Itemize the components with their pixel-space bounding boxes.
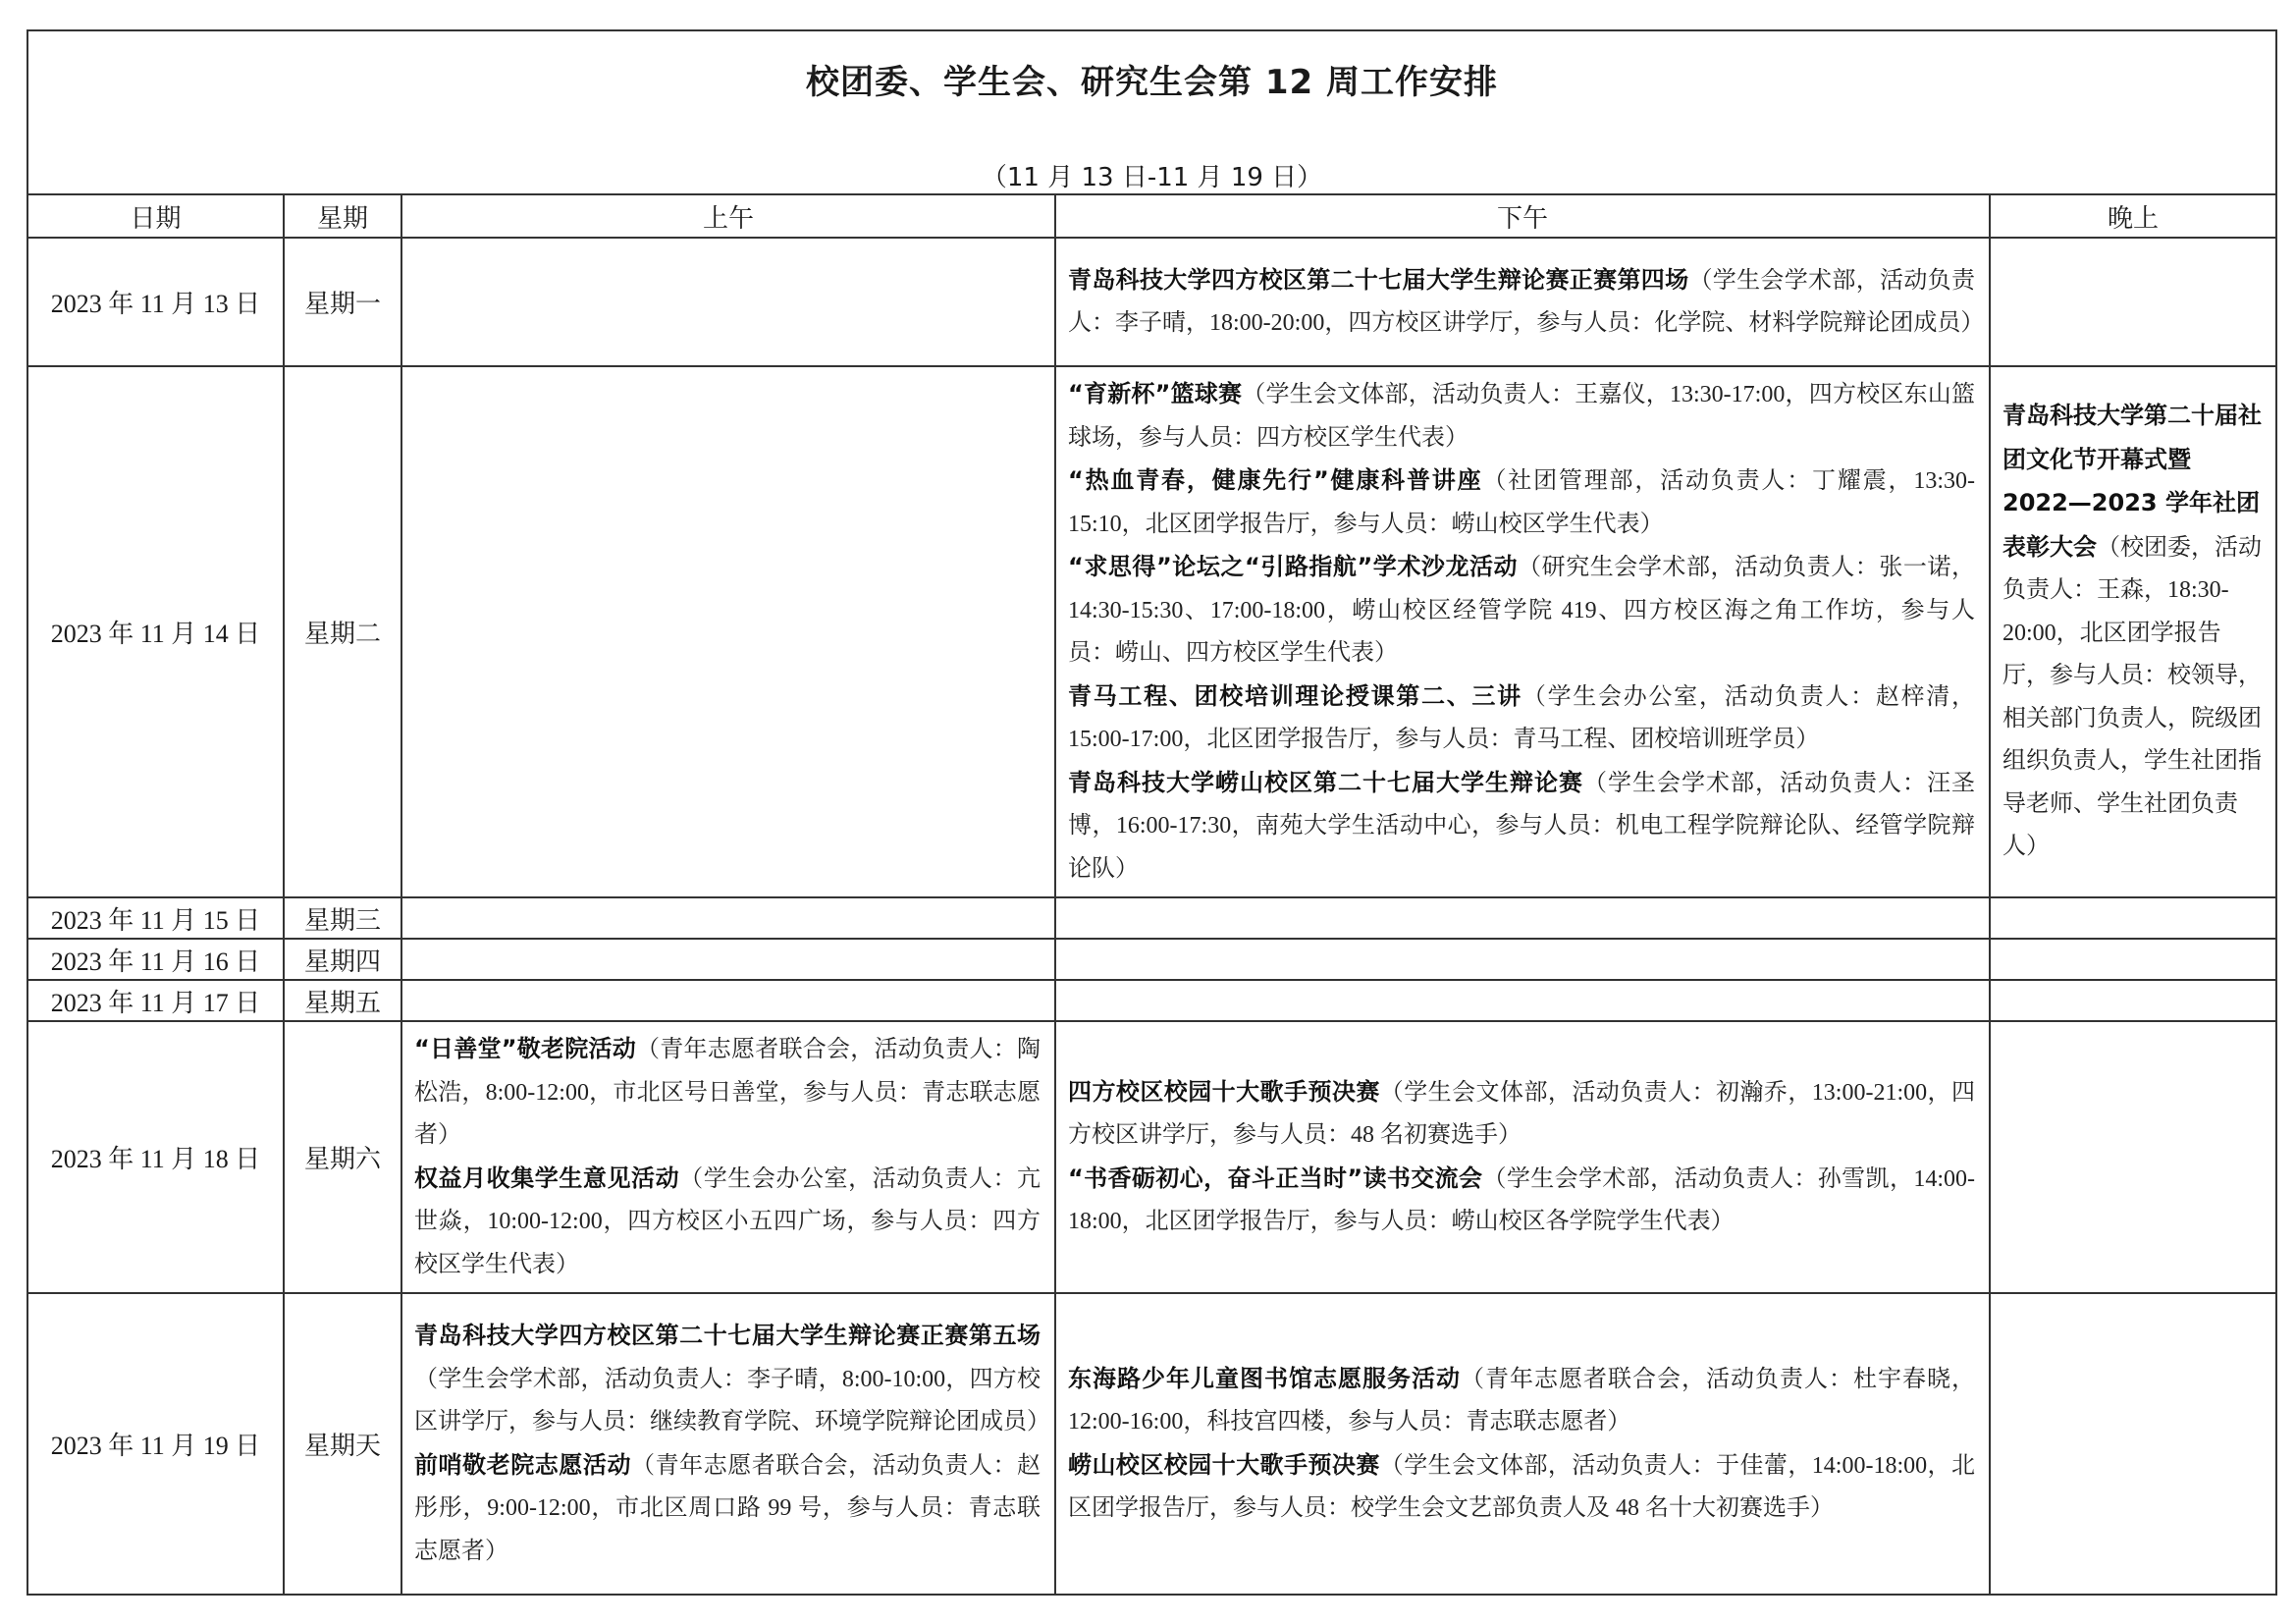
date-cell: 2023 年 11 月 14 日	[27, 366, 284, 897]
header-evening: 晚上	[1990, 194, 2276, 238]
weekday-cell: 星期一	[284, 238, 401, 366]
event-item: “求思得”论坛之“引路指航”学术沙龙活动（研究生会学术部，活动负责人：张一诺，1…	[1068, 546, 1975, 676]
weekday-cell: 星期四	[284, 939, 401, 980]
event-item: 青岛科技大学四方校区第二十七届大学生辩论赛正赛第四场（学生会学术部，活动负责人：…	[1068, 259, 1975, 346]
evening-cell	[1990, 1021, 2276, 1293]
evening-cell	[1990, 939, 2276, 980]
event-title: 四方校区校园十大歌手预决赛	[1068, 1078, 1380, 1106]
schedule-table: 校团委、学生会、研究生会第 12 周工作安排 （11 月 13 日-11 月 1…	[27, 29, 2277, 1596]
evening-cell	[1990, 238, 2276, 366]
event-title: 青马工程、团校培训理论授课第二、三讲	[1068, 682, 1522, 710]
event-detail: （校团委，活动负责人：王森，18:30-20:00，北区团学报告厅，参与人员：校…	[2002, 535, 2262, 860]
header-morning: 上午	[401, 194, 1055, 238]
afternoon-cell	[1055, 980, 1990, 1021]
table-row: 2023 年 11 月 16 日 星期四	[27, 939, 2276, 980]
date-cell: 2023 年 11 月 15 日	[27, 897, 284, 939]
table-row: 2023 年 11 月 14 日 星期二 “育新杯”篮球赛（学生会文体部，活动负…	[27, 366, 2276, 897]
page-title: 校团委、学生会、研究生会第 12 周工作安排	[28, 55, 2275, 103]
title-cell: 校团委、学生会、研究生会第 12 周工作安排	[27, 30, 2276, 157]
evening-cell	[1990, 897, 2276, 939]
subtitle-cell: （11 月 13 日-11 月 19 日）	[27, 157, 2276, 194]
event-item: 青岛科技大学第二十届社团文化节开幕式暨 2022—2023 学年社团表彰大会（校…	[2002, 395, 2264, 869]
event-title: 东海路少年儿童图书馆志愿服务活动	[1068, 1365, 1461, 1392]
morning-cell: 青岛科技大学四方校区第二十七届大学生辩论赛正赛第五场（学生会学术部，活动负责人：…	[401, 1293, 1055, 1595]
table-row: 2023 年 11 月 18 日 星期六 “日善堂”敬老院活动（青年志愿者联合会…	[27, 1021, 2276, 1293]
date-cell: 2023 年 11 月 17 日	[27, 980, 284, 1021]
date-cell: 2023 年 11 月 19 日	[27, 1293, 284, 1595]
afternoon-cell: “育新杯”篮球赛（学生会文体部，活动负责人：王嘉仪，13:30-17:00，四方…	[1055, 366, 1990, 897]
event-item: 青岛科技大学四方校区第二十七届大学生辩论赛正赛第五场（学生会学术部，活动负责人：…	[414, 1315, 1041, 1444]
event-title: 青岛科技大学四方校区第二十七届大学生辩论赛正赛第五场	[414, 1322, 1041, 1349]
morning-cell	[401, 366, 1055, 897]
event-detail: （学生会学术部，活动负责人：李子晴，8:00-10:00，四方校区讲学厅，参与人…	[414, 1367, 1050, 1435]
table-row: 2023 年 11 月 17 日 星期五	[27, 980, 2276, 1021]
afternoon-cell	[1055, 939, 1990, 980]
table-row: 2023 年 11 月 15 日 星期三	[27, 897, 2276, 939]
morning-cell	[401, 897, 1055, 939]
event-title: “求思得”论坛之“引路指航”学术沙龙活动	[1068, 553, 1518, 580]
event-item: 崂山校区校园十大歌手预决赛（学生会文体部，活动负责人：于佳蕾，14:00-18:…	[1068, 1444, 1975, 1531]
schedule-sheet: 校团委、学生会、研究生会第 12 周工作安排 （11 月 13 日-11 月 1…	[27, 29, 2275, 1596]
event-item: “日善堂”敬老院活动（青年志愿者联合会，活动负责人：陶松浩，8:00-12:00…	[414, 1028, 1041, 1158]
header-row: 日期 星期 上午 下午 晚上	[27, 194, 2276, 238]
event-title: 崂山校区校园十大歌手预决赛	[1068, 1451, 1380, 1479]
event-item: “书香砺初心，奋斗正当时”读书交流会（学生会学术部，活动负责人：孙雪凯，14:0…	[1068, 1158, 1975, 1244]
afternoon-cell	[1055, 897, 1990, 939]
event-title: “热血青春，健康先行”健康科普讲座	[1068, 466, 1482, 494]
event-item: 东海路少年儿童图书馆志愿服务活动（青年志愿者联合会，活动负责人：杜宇春晓，12:…	[1068, 1358, 1975, 1444]
event-item: 青岛科技大学崂山校区第二十七届大学生辩论赛（学生会学术部，活动负责人：汪圣博，1…	[1068, 762, 1975, 892]
event-title: 权益月收集学生意见活动	[414, 1164, 679, 1192]
morning-cell	[401, 939, 1055, 980]
afternoon-cell: 青岛科技大学四方校区第二十七届大学生辩论赛正赛第四场（学生会学术部，活动负责人：…	[1055, 238, 1990, 366]
event-item: “热血青春，健康先行”健康科普讲座（社团管理部，活动负责人：丁耀震，13:30-…	[1068, 460, 1975, 546]
weekday-cell: 星期五	[284, 980, 401, 1021]
morning-cell	[401, 980, 1055, 1021]
evening-cell	[1990, 980, 2276, 1021]
date-cell: 2023 年 11 月 16 日	[27, 939, 284, 980]
event-title: “日善堂”敬老院活动	[414, 1035, 636, 1062]
header-date: 日期	[27, 194, 284, 238]
table-row: 2023 年 11 月 19 日 星期天 青岛科技大学四方校区第二十七届大学生辩…	[27, 1293, 2276, 1595]
header-afternoon: 下午	[1055, 194, 1990, 238]
event-item: “育新杯”篮球赛（学生会文体部，活动负责人：王嘉仪，13:30-17:00，四方…	[1068, 373, 1975, 460]
weekday-cell: 星期二	[284, 366, 401, 897]
date-range: （11 月 13 日-11 月 19 日）	[28, 157, 2275, 193]
event-item: 四方校区校园十大歌手预决赛（学生会文体部，活动负责人：初瀚乔，13:00-21:…	[1068, 1071, 1975, 1158]
weekday-cell: 星期三	[284, 897, 401, 939]
date-cell: 2023 年 11 月 13 日	[27, 238, 284, 366]
weekday-cell: 星期天	[284, 1293, 401, 1595]
date-cell: 2023 年 11 月 18 日	[27, 1021, 284, 1293]
event-item: 青马工程、团校培训理论授课第二、三讲（学生会办公室，活动负责人：赵梓清，15:0…	[1068, 676, 1975, 762]
morning-cell	[401, 238, 1055, 366]
event-title: 青岛科技大学崂山校区第二十七届大学生辩论赛	[1068, 769, 1583, 796]
afternoon-cell: 东海路少年儿童图书馆志愿服务活动（青年志愿者联合会，活动负责人：杜宇春晓，12:…	[1055, 1293, 1990, 1595]
event-item: 前哨敬老院志愿活动（青年志愿者联合会，活动负责人：赵彤彤，9:00-12:00，…	[414, 1444, 1041, 1574]
afternoon-cell: 四方校区校园十大歌手预决赛（学生会文体部，活动负责人：初瀚乔，13:00-21:…	[1055, 1021, 1990, 1293]
event-item: 权益月收集学生意见活动（学生会办公室，活动负责人：亢世焱，10:00-12:00…	[414, 1158, 1041, 1287]
morning-cell: “日善堂”敬老院活动（青年志愿者联合会，活动负责人：陶松浩，8:00-12:00…	[401, 1021, 1055, 1293]
event-title: 青岛科技大学四方校区第二十七届大学生辩论赛正赛第四场	[1068, 266, 1688, 294]
event-title: “书香砺初心，奋斗正当时”读书交流会	[1068, 1164, 1482, 1192]
evening-cell	[1990, 1293, 2276, 1595]
event-title: 前哨敬老院志愿活动	[414, 1451, 631, 1479]
table-row: 2023 年 11 月 13 日 星期一 青岛科技大学四方校区第二十七届大学生辩…	[27, 238, 2276, 366]
header-weekday: 星期	[284, 194, 401, 238]
event-title: “育新杯”篮球赛	[1068, 380, 1242, 407]
weekday-cell: 星期六	[284, 1021, 401, 1293]
evening-cell: 青岛科技大学第二十届社团文化节开幕式暨 2022—2023 学年社团表彰大会（校…	[1990, 366, 2276, 897]
